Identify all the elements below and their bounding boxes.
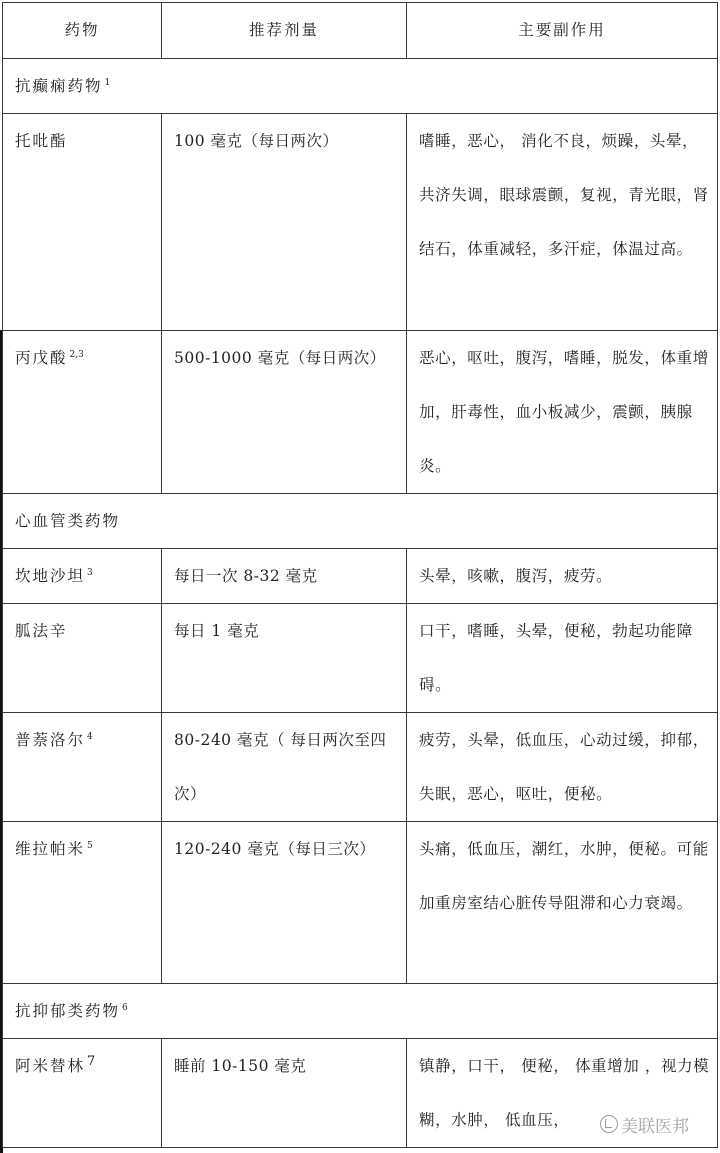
footnote-ref: 1 <box>105 78 111 88</box>
table-row: 普萘洛尔4 80-240 毫克（ 每日两次至四次） 疲劳，头晕，低血压，心动过缓… <box>3 713 718 822</box>
drug-name: 胍法辛 <box>15 622 68 640</box>
table-row: 托吡酯 100 毫克（每日两次） 嗜睡，恶心， 消化不良，烦躁，头晕，共济失调，… <box>3 114 718 331</box>
category-row-antiepileptic: 抗癫痫药物1 <box>3 59 718 114</box>
table-row: 维拉帕米5 120-240 毫克（每日三次） 头痛，低血压，潮红，水肿，便秘。可… <box>3 822 718 984</box>
header-side-effects: 主要副作用 <box>407 3 718 59</box>
dose-cell: 每日一次 8-32 毫克 <box>162 549 407 604</box>
drug-cell: 维拉帕米5 <box>3 822 162 984</box>
side-effects-cell: 嗜睡，恶心， 消化不良，烦躁，头晕，共济失调，眼球震颤，复视，青光眼，肾结石，体… <box>407 114 718 331</box>
drug-cell: 托吡酯 <box>3 114 162 331</box>
drug-name: 阿米替林 <box>15 1057 85 1075</box>
category-row-antidepressant: 抗抑郁类药物6 <box>3 984 718 1039</box>
category-cell: 抗抑郁类药物6 <box>3 984 718 1039</box>
brand-logo-icon <box>600 1115 618 1133</box>
drug-cell: 坎地沙坦3 <box>3 549 162 604</box>
drug-name: 坎地沙坦 <box>15 567 85 585</box>
footnote-ref: 2,3 <box>70 350 84 360</box>
drug-name: 普萘洛尔 <box>15 731 85 749</box>
side-effects-cell: 恶心，呕吐，腹泻，嗜睡，脱发，体重增加，肝毒性，血小板减少，震颤，胰腺炎。 <box>407 331 718 494</box>
drug-cell: 胍法辛 <box>3 604 162 713</box>
header-drug: 药物 <box>3 3 162 59</box>
drug-name: 维拉帕米 <box>15 840 85 858</box>
drug-cell: 普萘洛尔4 <box>3 713 162 822</box>
drug-cell: 丙戊酸2,3 <box>3 331 162 494</box>
header-dose: 推荐剂量 <box>162 3 407 59</box>
footnote-ref: 7 <box>87 1054 95 1069</box>
dose-cell: 500-1000 毫克（每日两次） <box>162 331 407 494</box>
table-row: 胍法辛 每日 1 毫克 口干，嗜睡，头晕，便秘，勃起功能障碍。 <box>3 604 718 713</box>
table-row: 丙戊酸2,3 500-1000 毫克（每日两次） 恶心，呕吐，腹泻，嗜睡，脱发，… <box>3 331 718 494</box>
dose-cell: 睡前 10-150 毫克 <box>162 1039 407 1148</box>
category-label: 心血管类药物 <box>15 512 120 530</box>
footnote-ref: 3 <box>87 568 93 578</box>
dose-cell: 每日 1 毫克 <box>162 604 407 713</box>
category-cell: 心血管类药物 <box>3 494 718 549</box>
category-cell: 抗癫痫药物1 <box>3 59 718 114</box>
dose-cell: 80-240 毫克（ 每日两次至四次） <box>162 713 407 822</box>
category-row-cardiovascular: 心血管类药物 <box>3 494 718 549</box>
side-effects-cell: 头晕，咳嗽，腹泻，疲劳。 <box>407 549 718 604</box>
drug-name: 托吡酯 <box>15 132 68 150</box>
drug-cell: 阿米替林7 <box>3 1039 162 1148</box>
side-effects-cell: 口干，嗜睡，头晕，便秘，勃起功能障碍。 <box>407 604 718 713</box>
table-row: 坎地沙坦3 每日一次 8-32 毫克 头晕，咳嗽，腹泻，疲劳。 <box>3 549 718 604</box>
watermark-text: 美联医邦 <box>621 1112 689 1137</box>
drug-name: 丙戊酸 <box>15 349 68 367</box>
category-label: 抗抑郁类药物 <box>15 1002 120 1020</box>
medication-table: 药物 推荐剂量 主要副作用 抗癫痫药物1 托吡酯 100 毫克（每日两次） 嗜睡… <box>2 2 718 1148</box>
footnote-ref: 4 <box>87 732 93 742</box>
dose-cell: 100 毫克（每日两次） <box>162 114 407 331</box>
footnote-ref: 5 <box>87 841 93 851</box>
header-row: 药物 推荐剂量 主要副作用 <box>3 3 718 59</box>
watermark: 美联医邦 <box>600 1110 689 1138</box>
category-label: 抗癫痫药物 <box>15 77 103 95</box>
side-effects-cell: 疲劳，头晕，低血压，心动过缓，抑郁，失眠，恶心，呕吐，便秘。 <box>407 713 718 822</box>
side-effects-cell: 头痛，低血压，潮红，水肿，便秘。可能加重房室结心脏传导阻滞和心力衰竭。 <box>407 822 718 984</box>
footnote-ref: 6 <box>122 1003 128 1013</box>
dose-cell: 120-240 毫克（每日三次） <box>162 822 407 984</box>
